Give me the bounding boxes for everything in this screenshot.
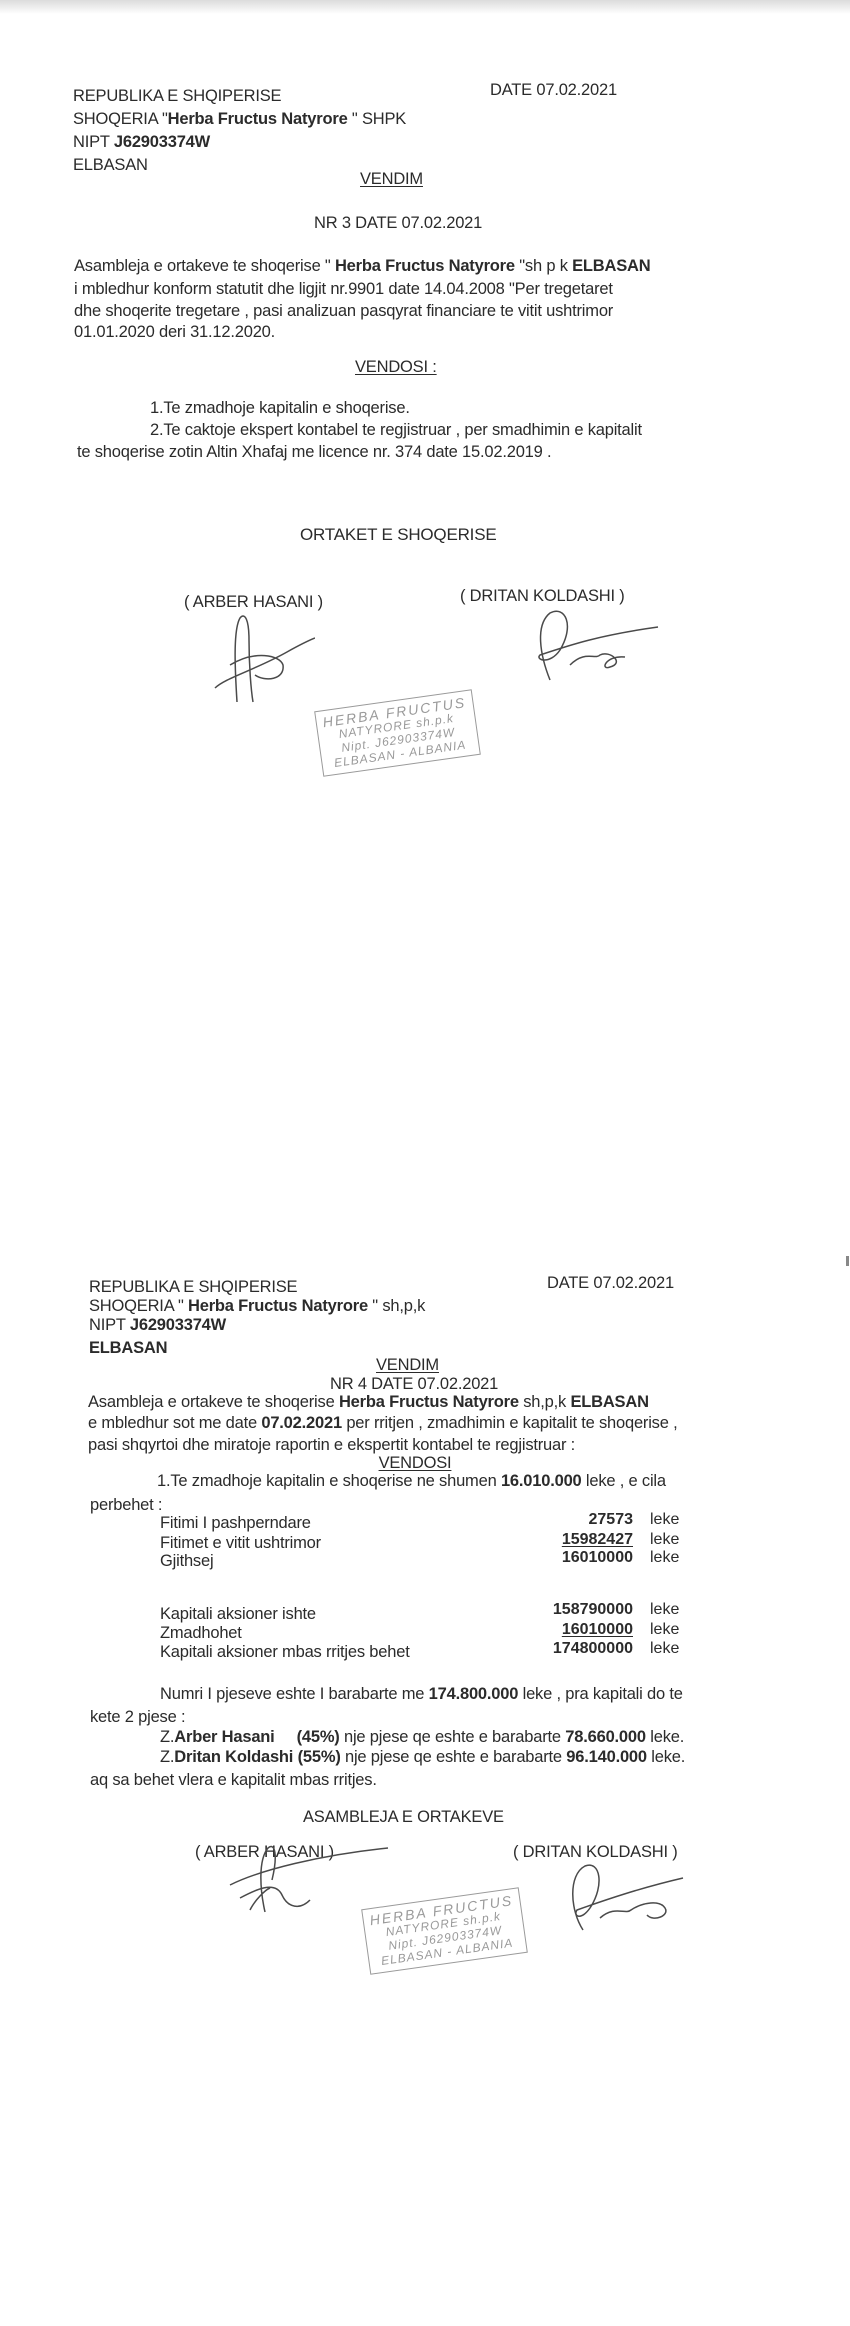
shares-line-1: Numri I pjeseve eshte I barabarte me 174… (160, 1684, 683, 1704)
company-name: Herba Fructus Natyrore (168, 110, 348, 128)
capital-unit: leke (650, 1639, 679, 1659)
company-name: Herba Fructus Natyrore (335, 257, 515, 275)
text: 1.Te zmadhoje kapitalin e shoqerise ne s… (157, 1472, 501, 1490)
meeting-date: 07.02.2021 (261, 1414, 342, 1432)
text: nje pjese qe eshte e barabarte (340, 1728, 566, 1746)
text: leke. (646, 1728, 684, 1746)
company-prefix: SHOQERIA " (89, 1297, 188, 1315)
intro-line-4: 01.01.2020 deri 31.12.2020. (74, 322, 275, 342)
signatory-2-name: ( DRITAN KOLDASHI ) (460, 586, 625, 606)
signature-dritan-koldashi-icon (530, 605, 660, 685)
capital-value: 174800000 (503, 1639, 633, 1659)
header-city: ELBASAN (73, 155, 148, 175)
text: sh,p,k (519, 1393, 571, 1411)
partner-amount: 96.140.000 (566, 1748, 647, 1766)
decision-1-cont: perbehet : (90, 1495, 162, 1515)
header-company: SHOQERIA " Herba Fructus Natyrore " sh,p… (89, 1296, 425, 1316)
header-nipt: NIPT J62903374W (73, 132, 210, 152)
breakdown-unit: leke (650, 1530, 679, 1550)
decision-1: 1.Te zmadhoje kapitalin e shoqerise ne s… (157, 1471, 666, 1491)
header-country: REPUBLIKA E SHQIPERISE (89, 1277, 297, 1297)
partner-share-1: Z.Arber Hasani(45%) nje pjese qe eshte e… (160, 1727, 684, 1747)
shares-closing: aq sa behet vlera e kapitalit mbas rritj… (90, 1770, 377, 1790)
company-name: Herba Fructus Natyrore (339, 1393, 519, 1411)
nipt-label: NIPT (89, 1316, 130, 1334)
text: Z. (160, 1748, 174, 1766)
capital-label: Kapitali aksioner mbas rritjes behet (160, 1642, 410, 1662)
document-page-2: DATE 07.02.2021 REPUBLIKA E SHQIPERISE S… (0, 1180, 850, 2326)
capital-label: Kapitali aksioner ishte (160, 1604, 316, 1624)
decision-title: VENDIM (360, 169, 423, 189)
capital-unit: leke (650, 1620, 679, 1640)
breakdown-label: Fitimet e vitit ushtrimor (160, 1533, 321, 1553)
capital-unit: leke (650, 1600, 679, 1620)
text: leke. (647, 1748, 685, 1766)
decision-number: NR 4 DATE 07.02.2021 (330, 1374, 498, 1394)
nipt-label: NIPT (73, 133, 114, 151)
total-capital: 174.800.000 (429, 1685, 519, 1703)
nipt-value: J62903374W (130, 1316, 226, 1334)
city: ELBASAN (572, 257, 650, 275)
document-page-1: DATE 07.02.2021 REPUBLIKA E SHQIPERISE S… (0, 0, 850, 1180)
intro-line-3: dhe shoqerite tregetare , pasi analizuan… (74, 301, 613, 321)
text: leke , pra kapitali do te (518, 1685, 682, 1703)
decision-item-2: 2.Te caktoje ekspert kontabel te regjist… (150, 420, 642, 440)
city: ELBASAN (570, 1393, 648, 1411)
signature-arber-hasani-icon (220, 1840, 390, 1915)
text: Asambleja e ortakeve te shoqerise (88, 1393, 339, 1411)
header-nipt: NIPT J62903374W (89, 1315, 226, 1335)
intro-line-3: pasi shqyrtoi dhe miratoje raportin e ek… (88, 1435, 575, 1455)
text: per rritjen , zmadhimin e kapitalit te s… (342, 1414, 678, 1432)
breakdown-value: 15982427 (503, 1530, 633, 1550)
header-date: DATE 07.02.2021 (547, 1273, 674, 1293)
company-stamp: HERBA FRUCTUS NATYRORE sh.p.k Nipt. J629… (314, 689, 480, 776)
scan-edge (0, 0, 850, 14)
text: "sh p k (515, 257, 572, 275)
signature-dritan-koldashi-icon (565, 1860, 685, 1935)
signatories-heading: ORTAKET E SHOQERISE (300, 525, 496, 545)
header-country: REPUBLIKA E SHQIPERISE (73, 86, 281, 106)
decision-item-2-cont: te shoqerise zotin Altin Xhafaj me licen… (77, 442, 551, 462)
header-city: ELBASAN (89, 1338, 167, 1358)
breakdown-value: 27573 (503, 1510, 633, 1530)
breakdown-label: Gjithsej (160, 1551, 213, 1571)
capital-label: Zmadhohet (160, 1623, 242, 1643)
partner-name: Dritan Koldashi (174, 1748, 293, 1766)
increase-amount: 16.010.000 (501, 1472, 582, 1490)
decision-item-1: 1.Te zmadhoje kapitalin e shoqerise. (150, 398, 410, 418)
text: Z. (160, 1728, 174, 1746)
signatories-heading: ASAMBLEJA E ORTAKEVE (303, 1807, 504, 1827)
intro-line-2: i mbledhur konform statutit dhe ligjit n… (74, 279, 613, 299)
partner-percent: (55%) (298, 1748, 341, 1766)
capital-value: 16010000 (503, 1620, 633, 1640)
text: Numri I pjeseve eshte I barabarte me (160, 1685, 429, 1703)
signatory-1-name: ( ARBER HASANI ) (184, 592, 323, 612)
decides-heading: VENDOSI : (355, 357, 437, 377)
decision-title: VENDIM (376, 1355, 439, 1375)
intro-line-1: Asambleja e ortakeve te shoqerise " Herb… (74, 256, 650, 276)
text: leke , e cila (582, 1472, 666, 1490)
signatory-2-name: ( DRITAN KOLDASHI ) (513, 1842, 678, 1862)
partner-amount: 78.660.000 (565, 1728, 646, 1746)
breakdown-value: 16010000 (503, 1548, 633, 1568)
partner-name: Arber Hasani (174, 1728, 274, 1746)
text: nje pjese qe eshte e barabarte (341, 1748, 567, 1766)
header-company: SHOQERIA "Herba Fructus Natyrore " SHPK (73, 109, 406, 129)
capital-value: 158790000 (503, 1600, 633, 1620)
breakdown-label: Fitimi I pashperndare (160, 1513, 311, 1533)
intro-line-2: e mbledhur sot me date 07.02.2021 per rr… (88, 1413, 677, 1433)
breakdown-unit: leke (650, 1510, 679, 1530)
breakdown-unit: leke (650, 1548, 679, 1568)
decision-number: NR 3 DATE 07.02.2021 (314, 213, 482, 233)
signature-arber-hasani-icon (205, 610, 315, 705)
nipt-value: J62903374W (114, 133, 210, 151)
scan-artifact (846, 1256, 849, 1266)
text: Asambleja e ortakeve te shoqerise " (74, 257, 335, 275)
partner-percent: (45%) (297, 1728, 340, 1746)
decides-heading: VENDOSI (290, 1453, 540, 1473)
company-suffix: " SHPK (348, 110, 407, 128)
header-date: DATE 07.02.2021 (490, 80, 617, 100)
text: e mbledhur sot me date (88, 1414, 261, 1432)
company-prefix: SHOQERIA " (73, 110, 168, 128)
intro-line-1: Asambleja e ortakeve te shoqerise Herba … (88, 1392, 649, 1412)
company-name: Herba Fructus Natyrore (188, 1297, 368, 1315)
shares-line-2: kete 2 pjese : (90, 1707, 185, 1727)
company-suffix: " sh,p,k (368, 1297, 425, 1315)
partner-share-2: Z.Dritan Koldashi (55%) nje pjese qe esh… (160, 1747, 685, 1767)
